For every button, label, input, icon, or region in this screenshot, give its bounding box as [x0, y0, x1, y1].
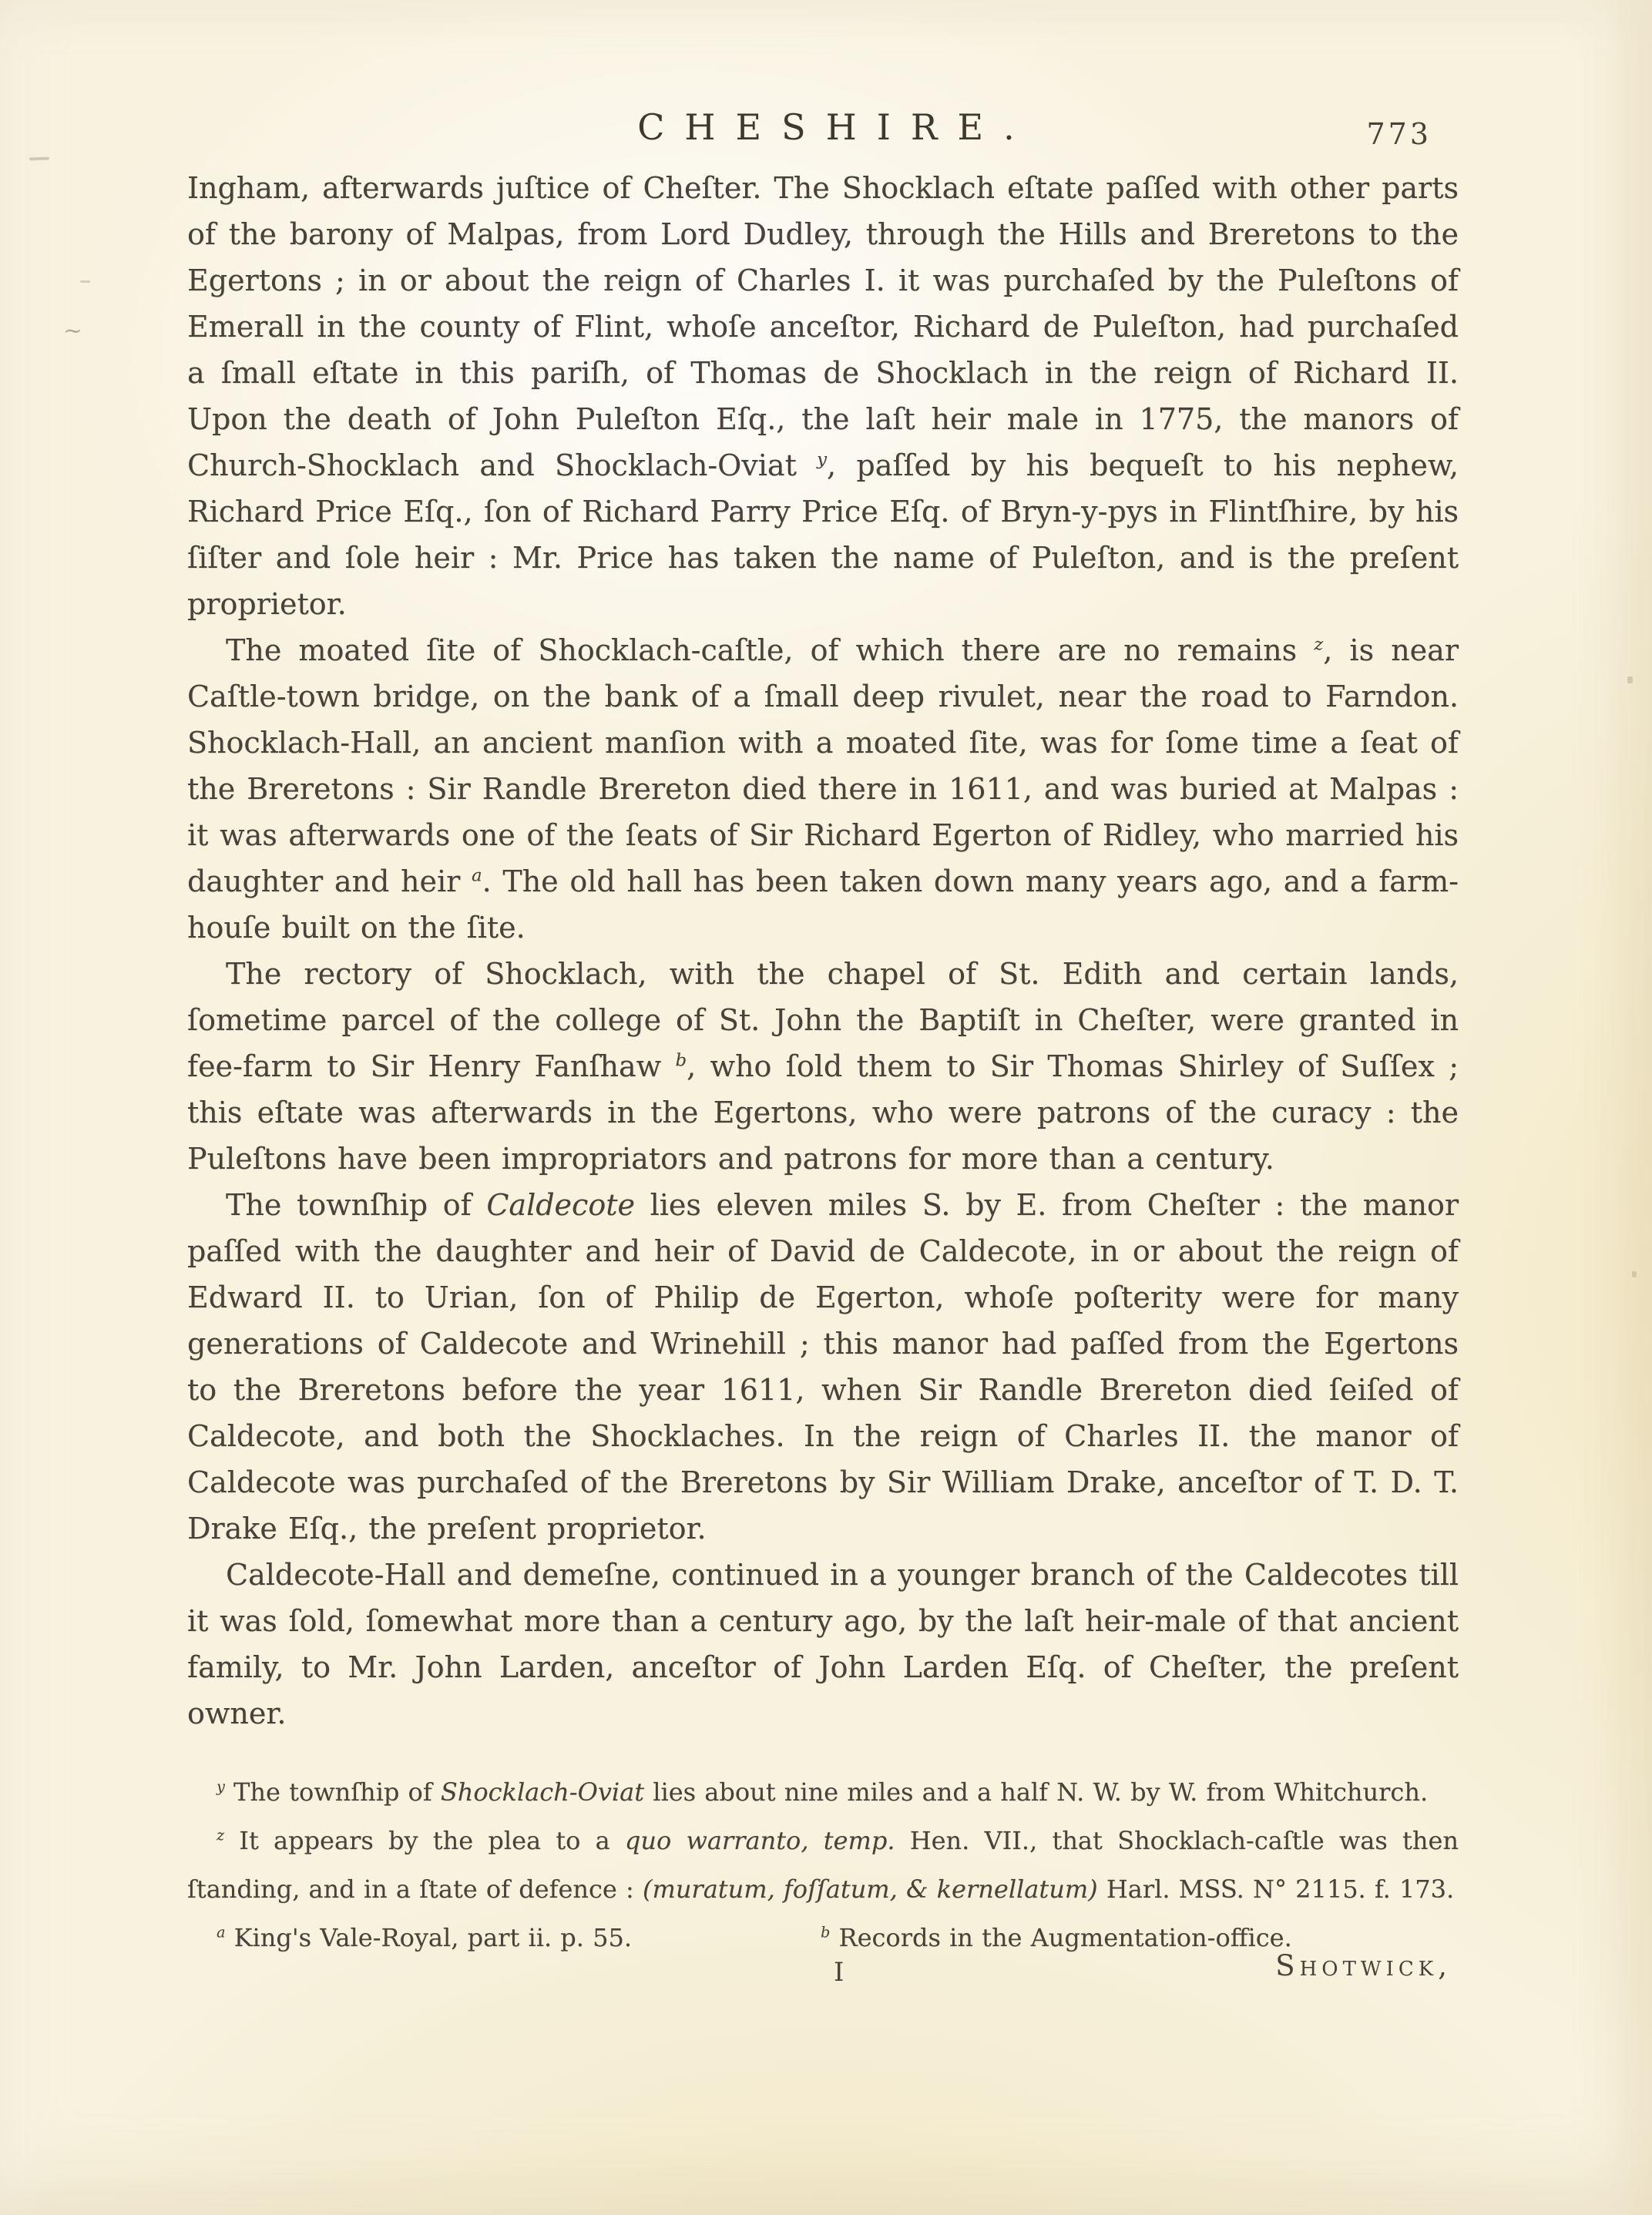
body-paragraph: Ingham, afterwards juſtice of Cheſter. T… — [187, 165, 1459, 627]
body-paragraph: Caldecote-Hall and demeſne, continued in… — [187, 1552, 1459, 1737]
book-page: CHESHIRE. 773 Ingham, afterwards juſtice… — [0, 0, 1652, 2215]
page-body: Ingham, afterwards juſtice of Cheſter. T… — [187, 165, 1459, 1737]
scan-mark — [80, 280, 90, 283]
footnote: z It appears by the plea to a quo warran… — [187, 1817, 1459, 1914]
footnote: b Records in the Augmentation-office. — [821, 1914, 1292, 1962]
body-paragraph: The townſhip of Caldecote lies eleven mi… — [187, 1182, 1459, 1552]
page-number: 773 — [1366, 117, 1432, 151]
scan-mark: ~ — [63, 317, 82, 344]
body-paragraph: The rectory of Shocklach, with the chape… — [187, 951, 1459, 1182]
footnote-row: a King's Vale-Royal, part ii. p. 55. b R… — [187, 1914, 1459, 1962]
footnote: a King's Vale-Royal, part ii. p. 55. — [217, 1914, 632, 1962]
signature-mark: I — [834, 1957, 844, 1988]
catchword: Shotwick, — [1275, 1949, 1452, 1982]
scan-mark — [1627, 676, 1633, 683]
scan-mark — [1632, 1271, 1637, 1277]
scan-mark — [29, 157, 49, 161]
body-paragraph: The moated ſite of Shocklach-caſtle, of … — [187, 627, 1459, 951]
footnotes: y The townſhip of Shocklach-Oviat lies a… — [187, 1768, 1459, 1962]
footnote: y The townſhip of Shocklach-Oviat lies a… — [187, 1768, 1459, 1817]
